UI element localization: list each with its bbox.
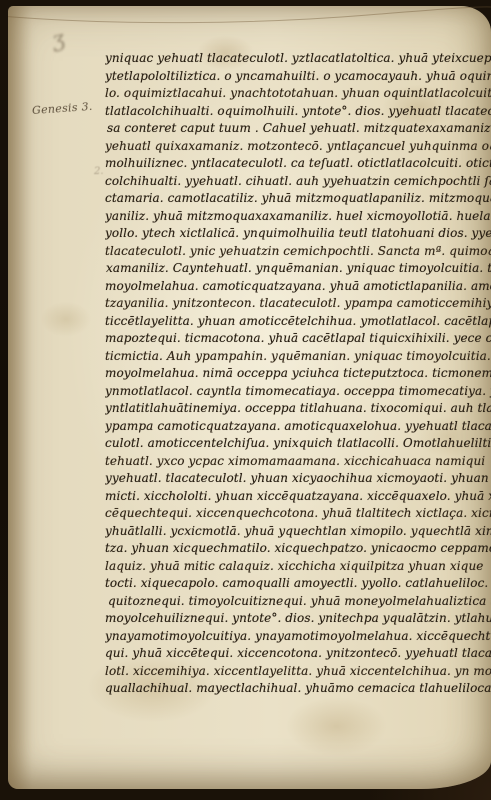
manuscript-line: moyolmelahua. camoticquatzayana. yhuā am… [105,278,491,296]
manuscript-line: moyolmelahua. nimā occeppa yciuhca ticte… [105,365,491,383]
manuscript-line: tlatlacolchihualti. oquimolhuili. yntote… [105,103,491,121]
manuscript-line: yyehuatl. tlacateculotl. yhuan xicyaochi… [105,470,491,488]
manuscript-line: ypampa camoticquatzayana. amoticquaxeloh… [105,418,491,436]
manuscript-line: colchihualti. yyehuatl. cihuatl. auh yye… [105,173,491,191]
manuscript-line: lotl. xiccemihiya. xiccentlayelitta. yhu… [105,663,491,681]
corner-smudge-mark: ʒ [49,22,81,57]
manuscript-line: yollo. ytech xictlalicā. ynquimolhuilia … [105,225,491,243]
marginal-gloss-genesis: Genesis 3. [32,100,94,118]
manuscript-line: tocti. xiquecapolo. camoqualli amoyectli… [105,575,491,593]
manuscript-line: tlacateculotl. ynic yehuatzin cemichpoch… [105,243,491,261]
manuscript-line: moyolcehuiliznequi. yntote°. dios. ynite… [105,610,491,628]
parchment-page: ʒ Genesis 3. 2. yniquac yehuatl tlacatec… [8,6,491,789]
manuscript-line: ticmictia. Auh ypampahin. yquēmanian. yn… [105,348,491,366]
manuscript-line: laquiz. yhuā mitic calaquiz. xicchicha x… [105,558,491,576]
manuscript-line: ctamaria. camotlacatiliz. yhuā mitzmoqua… [105,190,491,208]
manuscript-line: yhuātlalli. ycxicmotlā. yhuā yquechtlan … [105,523,491,541]
manuscript-line: xamaniliz. Cayntehuatl. ynquēmanian. yni… [105,260,491,278]
manuscript-line: yniquac yehuatl tlacateculotl. yztlacatl… [105,50,491,68]
manuscript-line: micti. xicchololti. yhuan xiccēquatzayan… [105,488,491,506]
text-block: yniquac yehuatl tlacateculotl. yztlacatl… [105,50,491,700]
manuscript-line: tza. yhuan xicquechmatilo. xicquechpatzo… [105,540,491,558]
manuscript-line: yntlatitlahuātinemiya. occeppa titlahuan… [105,400,491,418]
manuscript-line: ynayamotimoyolcuitiya. ynayamotimoyolmel… [105,628,491,646]
manuscript-line: tzayanilia. ynitzontecon. tlacateculotl.… [105,295,491,313]
manuscript-line: molhuiliznec. yntlacateculotl. ca teſuat… [105,155,491,173]
manuscript-line: qui. yhuā xiccētequi. xiccencotona. ynit… [105,645,491,663]
manuscript-line: mapoztequi. ticmacotona. yhuā cacētlapal… [105,330,491,348]
manuscript-line: sa conteret caput tuum . Cahuel yehuatl.… [105,120,491,138]
manuscript-line: ytetlapololtiliztica. o yncamahuilti. o … [105,68,491,86]
photographed-codex: ʒ Genesis 3. 2. yniquac yehuatl tlacatec… [0,0,491,800]
manuscript-line: tehuatl. yxco ycpac ximomamaamana. xicch… [105,453,491,471]
page-crease-line [8,6,491,46]
manuscript-line: lo. oquimiztlacahui. ynachtototahuan. yh… [105,85,491,103]
manuscript-line: cēquechtequi. xiccenquechcotona. yhuā tl… [105,505,491,523]
manuscript-line: quallachihual. mayectlachihual. yhuāmo c… [105,680,491,698]
manuscript-line: yehuatl quixaxamaniz. motzontecō. yntlaç… [105,138,491,156]
manuscript-line: culotl. amoticcentelchiſua. ynixquich tl… [105,435,491,453]
manuscript-line: ynmotlatlacol. cayntla timomecatiaya. oc… [105,383,491,401]
manuscript-line: ticcētlayelitta. yhuan amoticcētelchihua… [105,313,491,331]
manuscript-line: yaniliz. yhuā mitzmoquaxaxamaniliz. huel… [105,208,491,226]
manuscript-line: quitoznequi. timoyolcuitiznequi. yhuā mo… [105,593,491,611]
stray-ink-mark: 2. [94,166,104,178]
